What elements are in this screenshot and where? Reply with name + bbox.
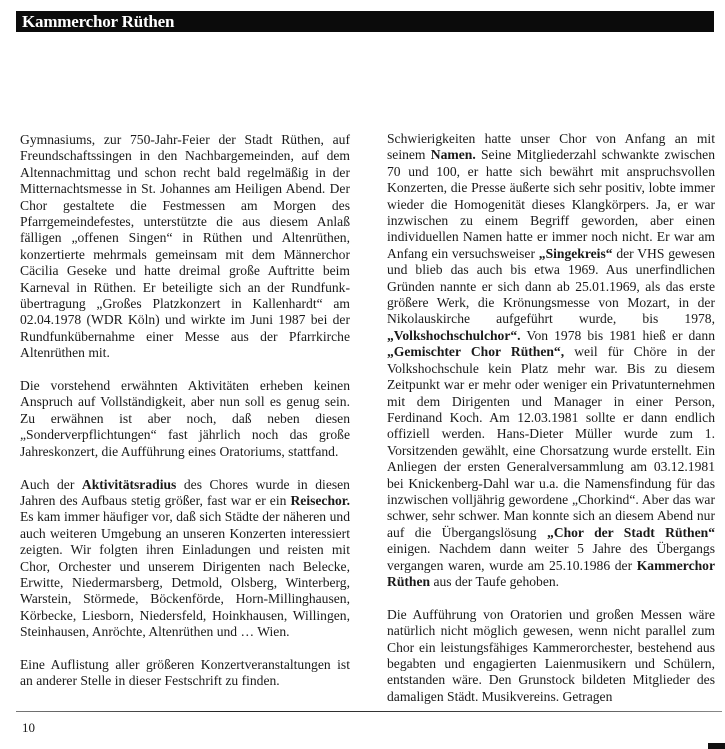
bold-text: Namen. xyxy=(431,147,476,162)
paragraph: Eine Auflistung aller größeren Konzertve… xyxy=(20,657,350,690)
bold-text: „Chor der Stadt Rüthen“ xyxy=(547,525,715,540)
text-run: Eine Auflistung aller größeren Konzertve… xyxy=(20,657,350,688)
paragraph: Die vorstehend erwähnten Aktivitäten erh… xyxy=(20,378,350,460)
text-run: aus der Taufe gehoben. xyxy=(430,574,559,589)
text-run: Gymnasiums, zur 750-Jahr-Feier der Stadt… xyxy=(20,132,350,360)
bold-text: „Volkshochschulchor“. xyxy=(387,328,521,343)
bold-text: Aktivitätsradius xyxy=(82,477,176,492)
bold-text: Reisechor. xyxy=(290,493,350,508)
text-run: weil für Chöre in der Volkshochschule ke… xyxy=(387,344,715,539)
bold-text: „Singe­kreis“ xyxy=(539,246,613,261)
paragraph: Die Aufführung von Oratorien und großen … xyxy=(387,607,715,705)
paragraph: Auch der Aktivitätsradius des Chores wur… xyxy=(20,477,350,641)
paragraph: Schwierigkeiten hatte unser Chor von Anf… xyxy=(387,131,715,590)
page-number: 10 xyxy=(22,720,35,736)
section-header-bar: Kammerchor Rüthen xyxy=(16,11,714,32)
footer-divider xyxy=(16,711,722,712)
text-run: Es kam immer häufiger vor, daß sich Städ… xyxy=(20,509,350,639)
text-run: Die vorstehend erwähnten Aktivitäten erh… xyxy=(20,378,350,459)
scan-edge-mark xyxy=(708,743,725,749)
text-run: Die Aufführung von Oratorien und großen … xyxy=(387,607,715,704)
text-run: Seine Mitgliederzahl schwankte zwi­schen… xyxy=(387,147,715,260)
right-column: Schwierigkeiten hatte unser Chor von Anf… xyxy=(387,131,715,722)
paragraph: Gymnasiums, zur 750-Jahr-Feier der Stadt… xyxy=(20,132,350,362)
section-title: Kammerchor Rüthen xyxy=(22,11,174,32)
text-run: Auch der xyxy=(20,477,82,492)
bold-text: „Gemischter Chor Rüthen“, xyxy=(387,344,564,359)
text-run: Von 1978 bis 1981 hieß er dann xyxy=(521,328,715,343)
left-column: Gymnasiums, zur 750-Jahr-Feier der Stadt… xyxy=(20,132,350,706)
